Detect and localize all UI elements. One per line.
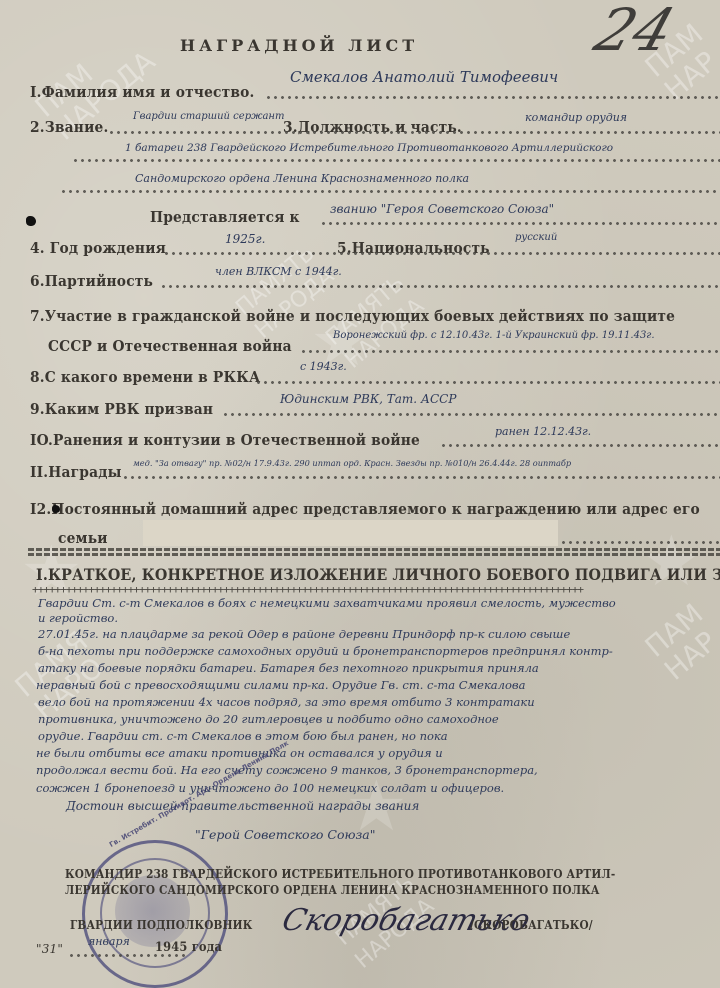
separator-line — [28, 548, 720, 551]
dotted-line — [163, 252, 720, 255]
field-1-label: I.Фамилия имя и отчество. — [30, 83, 255, 101]
date-day: "31" — [36, 942, 63, 956]
field-3-value-line3: Сандомирского ордена Ленина Краснознамен… — [135, 172, 469, 185]
separator-line — [28, 553, 720, 556]
narrative-line: атаку на боевые порядки батареи. Батарея… — [38, 661, 539, 675]
watermark: ПАМНАР — [640, 599, 720, 686]
narrative-line: продолжал вести бой. На его счету сожжен… — [36, 763, 538, 777]
field-9-label: 9.Каким РВК призван — [30, 400, 213, 418]
field-7-label: 7.Участие в гражданской войне и последую… — [30, 307, 675, 325]
field-7-value: Воронежский фр. с 12.10.43г. 1-й Украинс… — [333, 330, 655, 341]
sheet-number: 24 — [587, 0, 683, 64]
field-4-value: 1925г. — [225, 232, 265, 246]
punch-hole — [26, 216, 36, 226]
document-title: НАГРАДНОЙ ЛИСТ — [180, 36, 418, 55]
field-6-label: 6.Партийность — [30, 272, 153, 290]
section-heading: I.КРАТКОЕ, КОНКРЕТНОЕ ИЗЛОЖЕНИЕ ЛИЧНОГО … — [36, 565, 720, 584]
dotted-line — [320, 222, 720, 225]
dotted-line — [72, 159, 720, 162]
commander-typed-name: /СКОРОБАГАТЬКО/ — [470, 917, 593, 932]
watermark: ПАМЯНАРО — [10, 626, 113, 726]
field-4-label: 4. Год рождения — [30, 239, 166, 257]
dotted-line — [300, 350, 720, 353]
field-2-value: Гвардии старший сержант — [133, 111, 285, 122]
date-month: января — [88, 935, 130, 948]
commander-title-line1: КОМАНДИР 238 ГВАРДЕЙСКОГО ИСТРЕБИТЕЛЬНОГ… — [65, 866, 615, 881]
field-12-label: I2.Постоянный домашний адрес представляе… — [30, 500, 700, 518]
narrative-line: б-на пехоты при поддержке самоходных ору… — [38, 644, 613, 658]
dotted-line — [60, 190, 720, 193]
narrative-line: и геройство. — [38, 611, 118, 625]
field-3-value-line2: 1 батареи 238 Гвардейского Истребительно… — [125, 142, 613, 154]
separator-crosses: ++++++++++++++++++++++++++++++++++++++++… — [32, 585, 720, 594]
narrative-line: Гвардии Ст. с-т Смекалов в боях с немецк… — [38, 596, 616, 610]
presented-value: званию "Героя Советского Союза" — [330, 202, 554, 216]
field-10-label: IO.Ранения и контузии в Отечественной во… — [30, 431, 420, 449]
commander-rank: ГВАРДИИ ПОДПОЛКОВНИК — [70, 917, 252, 932]
field-8-label: 8.С какого времени в РККА — [30, 368, 260, 386]
redacted-address — [143, 520, 558, 546]
narrative-line: противника, уничтожено до 20 гитлеровцев… — [38, 712, 499, 726]
dotted-line — [255, 381, 720, 384]
narrative-line: "Герой Советского Союза" — [195, 827, 376, 842]
punch-hole — [52, 505, 60, 513]
dotted-line — [160, 285, 720, 288]
narrative-line: не были отбиты все атаки противника он о… — [36, 746, 443, 760]
dotted-line — [108, 131, 720, 134]
field-9-value: Юдинским РВК, Тат. АССР — [280, 392, 456, 406]
field-11-value: мед. "За отвагу" пр. №02/н 17.9.43г. 290… — [133, 458, 571, 468]
narrative-line: орудие. Гвардии ст. с-т Смекалов в этом … — [38, 729, 448, 743]
dotted-line — [440, 444, 720, 447]
narrative-line: неравный бой с превосходящими силами пр-… — [36, 678, 525, 692]
field-10-value: ранен 12.12.43г. — [495, 425, 591, 438]
presented-label: Представляется к — [150, 208, 300, 226]
field-5-value: русский — [515, 232, 557, 243]
dotted-line — [560, 541, 720, 544]
narrative-line: 27.01.45г. на плацдарме за рекой Одер в … — [38, 627, 570, 641]
narrative-line: вело бой на протяжении 4х часов подряд, … — [38, 695, 535, 709]
field-2-label: 2.Звание. — [30, 118, 108, 136]
dotted-line — [265, 96, 720, 99]
date-year: 1945 года — [155, 940, 222, 955]
field-3-value: командир орудия — [525, 111, 627, 124]
field-1-value: Смекалов Анатолий Тимофеевич — [290, 68, 558, 86]
field-7-label-line2: СССР и Отечественная война — [48, 337, 292, 355]
dotted-line — [122, 476, 720, 479]
commander-title-line2: ЛЕРИЙСКОГО САНДОМИРСКОГО ОРДЕНА ЛЕНИНА К… — [65, 882, 600, 897]
field-6-value: член ВЛКСМ с 1944г. — [215, 265, 342, 278]
field-8-value: с 1943г. — [300, 360, 347, 373]
field-11-label: II.Награды — [30, 463, 122, 481]
narrative-line: Достоин высшей правительственной награды… — [66, 799, 419, 813]
narrative-line: сожжен 1 бронепоезд и уничтожено до 100 … — [36, 781, 504, 795]
dotted-line — [222, 413, 720, 416]
field-12-label-line2: семьи — [58, 529, 108, 547]
